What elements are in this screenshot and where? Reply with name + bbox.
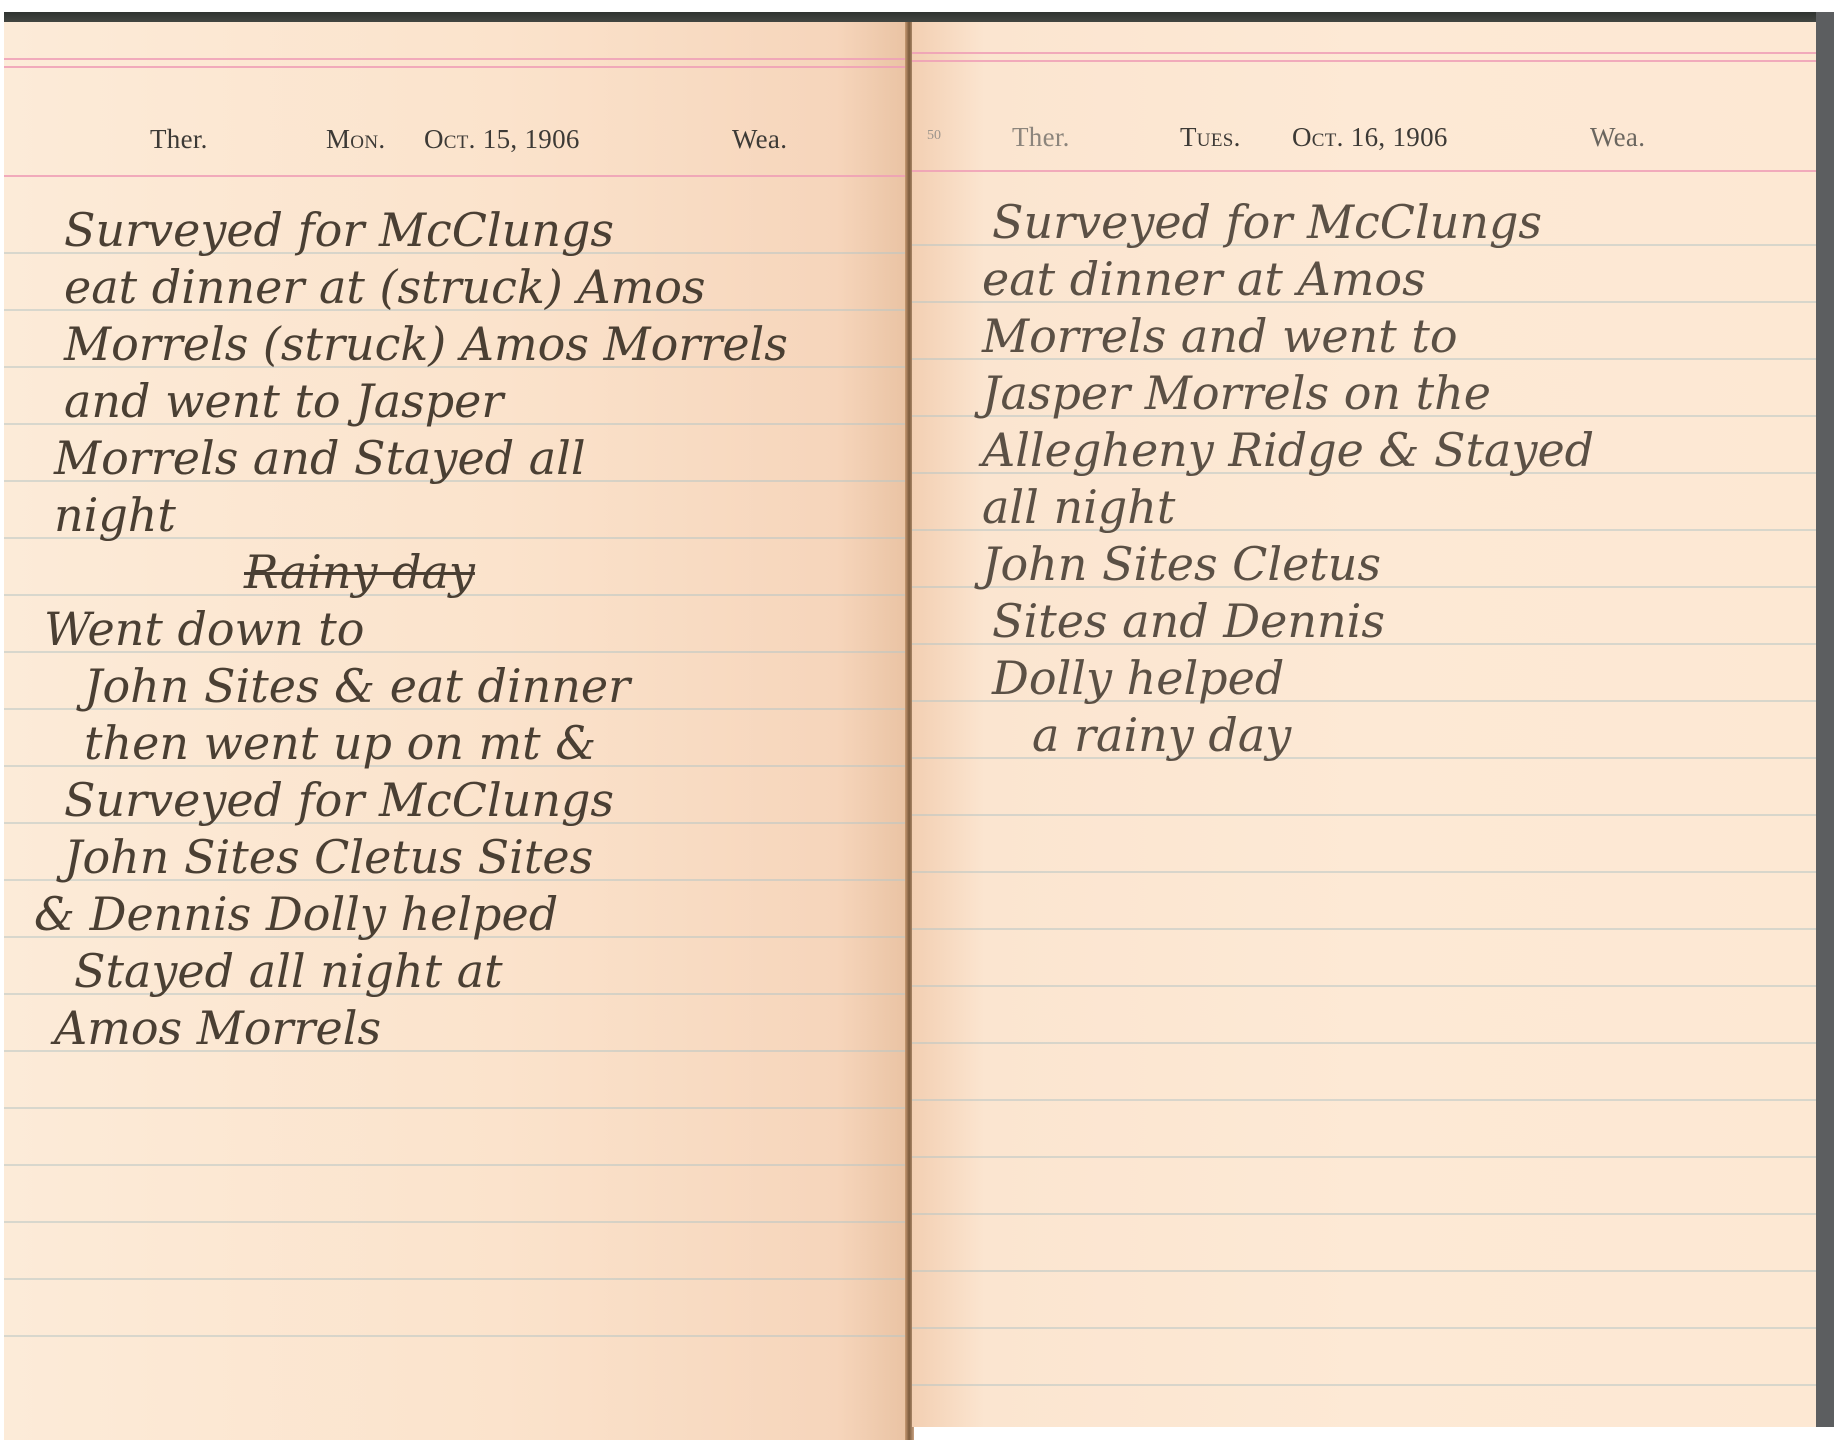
handwritten-line: Stayed all night at: [74, 943, 503, 1000]
handwritten-line: night: [54, 487, 176, 544]
handwritten-line-struck: Rainy day: [244, 544, 475, 601]
ruled-line: [912, 985, 1816, 987]
handwritten-line: all night: [982, 479, 1175, 536]
ruled-line: [4, 1221, 910, 1223]
ruled-line: [912, 1327, 1816, 1329]
handwritten-line: a rainy day: [1032, 707, 1291, 764]
handwritten-line: eat dinner at Amos: [982, 251, 1426, 308]
handwritten-line: Amos Morrels: [54, 1000, 381, 1057]
handwritten-line: Surveyed for McClungs: [64, 202, 614, 259]
ruled-line: [912, 871, 1816, 873]
handwritten-line: Surveyed for McClungs: [64, 772, 614, 829]
thermometer-label: Ther.: [1012, 122, 1070, 153]
ruled-line: [912, 1384, 1816, 1386]
ruled-line: [4, 1278, 910, 1280]
notebook-cover-right-edge: [1816, 12, 1834, 1427]
handwritten-line: eat dinner at (struck) Amos: [64, 259, 706, 316]
ruled-line: [4, 1107, 910, 1109]
pink-header-rule: [912, 170, 1816, 172]
ruled-line: [912, 1042, 1816, 1044]
pink-header-rule: [912, 52, 1816, 54]
handwritten-line: John Sites & eat dinner: [84, 658, 630, 715]
ruled-line: [912, 1156, 1816, 1158]
handwritten-line: John Sites Cletus: [982, 536, 1381, 593]
ruled-line: [912, 814, 1816, 816]
date-label: Oct. 16, 1906: [1292, 122, 1448, 153]
ruled-line: [912, 928, 1816, 930]
thermometer-label: Ther.: [150, 124, 208, 155]
handwritten-line: Jasper Morrels on the: [982, 365, 1491, 422]
ruled-line: [912, 1213, 1816, 1215]
handwritten-line: Morrels and Stayed all: [54, 430, 586, 487]
diary-page-right: 50 Ther. Tues. Oct. 16, 1906 Wea. Survey…: [912, 22, 1816, 1427]
day-label: Mon.: [326, 124, 385, 155]
pink-header-rule: [912, 60, 1816, 62]
date-label: Oct. 15, 1906: [424, 124, 580, 155]
handwritten-line: Morrels and went to: [982, 308, 1458, 365]
handwritten-line: John Sites Cletus Sites: [64, 829, 593, 886]
ruled-line: [912, 1270, 1816, 1272]
handwritten-line: and went to Jasper: [64, 373, 503, 430]
handwritten-line: Allegheny Ridge & Stayed: [982, 422, 1594, 479]
weather-label: Wea.: [732, 124, 787, 155]
ruled-line: [4, 1335, 910, 1337]
handwritten-line: Morrels (struck) Amos Morrels: [64, 316, 788, 373]
handwritten-line: Went down to: [44, 601, 364, 658]
pink-header-rule: [4, 58, 910, 60]
diary-page-left: Ther. Mon. Oct. 15, 1906 Wea. Surveyed f…: [4, 22, 910, 1440]
handwritten-line: & Dennis Dolly helped: [34, 886, 558, 943]
page-number: 50: [927, 128, 941, 144]
ruled-line: [912, 1099, 1816, 1101]
handwritten-line: Sites and Dennis: [992, 593, 1385, 650]
pink-header-rule: [4, 175, 910, 177]
pink-header-rule: [4, 66, 910, 68]
handwritten-line: Dolly helped: [992, 650, 1284, 707]
ruled-line: [4, 1164, 910, 1166]
weather-label: Wea.: [1590, 122, 1645, 153]
handwritten-line: then went up on mt &: [84, 715, 596, 772]
day-label: Tues.: [1180, 122, 1241, 153]
handwritten-line: Surveyed for McClungs: [992, 194, 1542, 251]
